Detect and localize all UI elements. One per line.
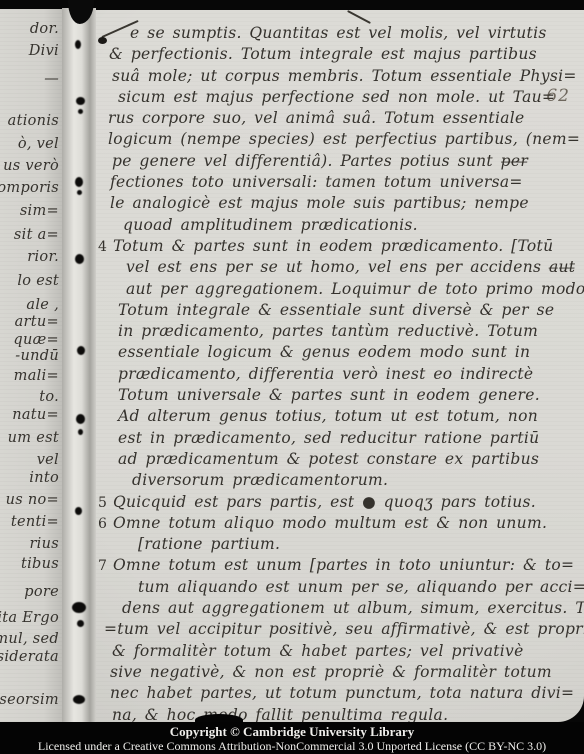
manuscript-line-text: Totum integrale & essentiale sunt divers… — [118, 301, 554, 319]
manuscript-line: na, & hoc modo fallit penultima regula. — [96, 705, 582, 723]
sewing-hole — [75, 507, 82, 515]
manuscript-line: 4Totum & partes sunt in eodem prædicamen… — [96, 236, 582, 257]
facing-page-margin-fragment: rior. — [27, 249, 59, 265]
sewing-hole — [73, 695, 85, 704]
manuscript-line-text: quoad amplitudinem prædicationis. — [123, 216, 418, 234]
manuscript-line: aut per aggregationem. Loquimur de toto … — [96, 279, 582, 300]
copyright-text: Copyright © Cambridge University Library — [0, 724, 584, 739]
facing-page-margin-fragment: — — [44, 71, 59, 87]
facing-page-margin-fragment: -undū — [15, 348, 59, 364]
facing-page-margin-fragment: omporis — [0, 180, 59, 196]
facing-page-margin-fragment: sit a= — [14, 227, 59, 243]
sewing-hole — [72, 602, 86, 613]
facing-page-margin-fragment: ò, vel — [18, 136, 59, 152]
sewing-hole — [77, 620, 84, 627]
manuscript-line: diversorum prædicamentorum. — [96, 470, 582, 491]
facing-page-margin-fragment: lo est — [17, 273, 59, 289]
manuscript-line-text: sicum est majus perfectione sed non mole… — [118, 88, 555, 106]
manuscript-line-text: Ad alterum genus totius, totum ut est to… — [118, 407, 538, 425]
manuscript-line-text: rus corpore suo, vel animâ suâ. Totum es… — [108, 109, 524, 127]
license-text: Licensed under a Creative Commons Attrib… — [0, 739, 584, 753]
manuscript-line-text: ad prædicamentum & potest constare ex pa… — [118, 450, 539, 468]
manuscript-line: logicum (nempe species) est perfectius p… — [96, 129, 582, 150]
sewing-hole — [76, 414, 85, 424]
facing-page-margin-fragment: artu= — [15, 314, 59, 330]
sewing-hole — [78, 429, 83, 435]
manuscript-line: le analogicè est majus mole suis partibu… — [96, 193, 582, 214]
manuscript-line-text: le analogicè est majus mole suis partibu… — [110, 194, 529, 212]
facing-page-margin-fragment: ationis — [8, 113, 59, 129]
manuscript-line-text: vel est ens per se ut homo, vel ens per … — [126, 258, 575, 276]
facing-page-margin-fragment: rius — [29, 536, 59, 552]
manuscript-line: essentiale logicum & genus eodem modo su… — [96, 342, 582, 363]
manuscript-line: est in prædicamento, sed reducitur ratio… — [96, 428, 582, 449]
manuscript-line-text: in prædicamento, partes tantùm reductivè… — [118, 322, 538, 340]
facing-page-margin-fragment: natu= — [12, 407, 59, 423]
manuscript-line-text: Quicquid est pars partis, est ● quoqʒ pa… — [113, 493, 536, 511]
manuscript-line: rus corpore suo, vel animâ suâ. Totum es… — [96, 108, 582, 129]
manuscript-line-text: prædicamento, differentia verò inest eo … — [118, 365, 533, 383]
sewing-hole — [75, 40, 81, 49]
facing-page-margin-fragment: us no= — [6, 492, 59, 508]
manuscript-line-text: pe genere vel differentiâ). Partes potiu… — [112, 152, 528, 170]
manuscript-line: quoad amplitudinem prædicationis. — [96, 215, 582, 236]
sewing-hole — [75, 254, 84, 264]
copyright-footer: Copyright © Cambridge University Library… — [0, 722, 584, 754]
manuscript-line: 5Quicquid est pars partis, est ● quoqʒ p… — [96, 492, 582, 513]
manuscript-line: in prædicamento, partes tantùm reductivè… — [96, 321, 582, 342]
facing-page-margin-fragment: to. — [39, 389, 59, 405]
manuscript-line: pe genere vel differentiâ). Partes potiu… — [96, 151, 582, 172]
manuscript-line-text: logicum (nempe species) est perfectius p… — [108, 130, 580, 148]
manuscript-line: sicum est majus perfectione sed non mole… — [96, 87, 582, 108]
manuscript-line: prædicamento, differentia verò inest eo … — [96, 364, 582, 385]
manuscript-line-text: suâ mole; ut corpus membris. Totum essen… — [112, 67, 577, 85]
manuscript-line-text: =tum vel accipitur positivè, seu affirma… — [104, 620, 584, 638]
sewing-hole — [78, 109, 83, 114]
sewing-hole — [77, 346, 85, 355]
manuscript-line-text: essentiale logicum & genus eodem modo su… — [118, 343, 530, 361]
manuscript-line-text: sive negativè, & non est propriè & forma… — [110, 663, 552, 681]
manuscript-line: 7Omne totum est unum [partes in toto uni… — [96, 555, 582, 576]
manuscript-line: 6Omne totum aliquo modo multum est & non… — [96, 513, 582, 534]
manuscript-line-text: fectiones toto universali: tamen totum u… — [110, 173, 523, 191]
facing-page-margin-fragment: into — [29, 470, 59, 486]
facing-page-margin-fragment: tibus — [21, 556, 59, 572]
manuscript-line-text: na, & hoc modo fallit penultima regula. — [112, 706, 448, 723]
rule-number: 6 — [98, 514, 108, 535]
facing-page-margin-fragment: ita Ergo — [0, 610, 59, 626]
manuscript-line-text: & formalitèr totum & habet partes; vel p… — [112, 642, 524, 660]
facing-page-margin-fragment: sim= — [20, 203, 59, 219]
manuscript-line-text: Omne totum aliquo modo multum est & non … — [113, 514, 547, 532]
manuscript-line-text: [ratione partium. — [138, 535, 280, 553]
rule-number: 7 — [98, 556, 108, 577]
facing-page-margin-fragment: ale , — [26, 297, 59, 313]
manuscript-line: dens aut aggregationem ut album, simum, … — [96, 598, 582, 619]
sewing-hole — [75, 177, 83, 187]
manuscript-line-text: e se sumptis. Quantitas est vel molis, v… — [130, 24, 547, 42]
manuscript-line: suâ mole; ut corpus membris. Totum essen… — [96, 66, 582, 87]
ink-stroke — [347, 10, 371, 24]
facing-page-margin-fragment: vel — [37, 452, 59, 468]
facing-page-margin-fragment: seorsim — [0, 692, 59, 708]
manuscript-line-text: est in prædicamento, sed reducitur ratio… — [118, 429, 539, 447]
manuscript-line-text: tum aliquando est unum per se, aliquando… — [138, 578, 584, 596]
manuscript-line: & perfectionis. Totum integrale est maju… — [96, 44, 582, 65]
facing-page-margin-fragment: quæ= — [13, 332, 59, 348]
manuscript-line-text: nec habet partes, ut totum punctum, tota… — [110, 684, 574, 702]
manuscript-page: 62 e se sumptis. Quantitas est vel molis… — [96, 10, 584, 722]
facing-page-margin-fragment: pore — [24, 584, 59, 600]
manuscript-line: =tum vel accipitur positivè, seu affirma… — [96, 619, 582, 640]
manuscript-text-block: e se sumptis. Quantitas est vel molis, v… — [96, 23, 582, 722]
facing-page-margin-fragment: um est — [8, 430, 59, 446]
manuscript-line: nec habet partes, ut totum punctum, tota… — [96, 683, 582, 704]
manuscript-line: vel est ens per se ut homo, vel ens per … — [96, 257, 582, 278]
manuscript-line: ad prædicamentum & potest constare ex pa… — [96, 449, 582, 470]
facing-page-margin-fragment: Divi — [29, 43, 59, 59]
manuscript-line: Totum integrale & essentiale sunt divers… — [96, 300, 582, 321]
manuscript-line: Ad alterum genus totius, totum ut est to… — [96, 406, 582, 427]
manuscript-line: Totum universale & partes sunt in eodem … — [96, 385, 582, 406]
sewing-hole — [76, 97, 85, 105]
manuscript-line: [ratione partium. — [96, 534, 582, 555]
manuscript-line: & formalitèr totum & habet partes; vel p… — [96, 641, 582, 662]
manuscript-line-text: diversorum prædicamentorum. — [132, 471, 388, 489]
facing-page-margin-fragment: siderata — [0, 649, 59, 665]
rule-number: 4 — [98, 237, 108, 258]
sewing-hole — [77, 190, 82, 195]
manuscript-line-text: & perfectionis. Totum integrale est maju… — [109, 45, 537, 63]
facing-page-margin-fragment: dor. — [30, 21, 59, 37]
manuscript-line: tum aliquando est unum per se, aliquando… — [96, 577, 582, 598]
manuscript-line: fectiones toto universali: tamen totum u… — [96, 172, 582, 193]
manuscript-line: sive negativè, & non est propriè & forma… — [96, 662, 582, 683]
facing-page-margin-fragment: tenti= — [11, 514, 59, 530]
facing-page-margin-fragment: mali= — [14, 368, 59, 384]
manuscript-photo: dor.Divi—ationisò, velus veròomporissim=… — [0, 0, 584, 754]
facing-page-margin-fragment: imul, sed — [0, 631, 59, 647]
manuscript-line: e se sumptis. Quantitas est vel molis, v… — [96, 23, 582, 44]
manuscript-line-text: aut per aggregationem. Loquimur de toto … — [126, 280, 584, 298]
manuscript-line-text: Omne totum est unum [partes in toto uniu… — [113, 556, 574, 574]
rule-number: 5 — [98, 493, 108, 514]
manuscript-line-text: Totum universale & partes sunt in eodem … — [118, 386, 540, 404]
book-gutter — [62, 8, 96, 722]
facing-page-edge: dor.Divi—ationisò, velus veròomporissim=… — [0, 9, 62, 722]
manuscript-line-text: Totum & partes sunt in eodem prædicament… — [113, 237, 553, 255]
manuscript-line-text: dens aut aggregationem ut album, simum, … — [122, 599, 584, 617]
facing-page-margin-fragment: us verò — [3, 158, 59, 174]
